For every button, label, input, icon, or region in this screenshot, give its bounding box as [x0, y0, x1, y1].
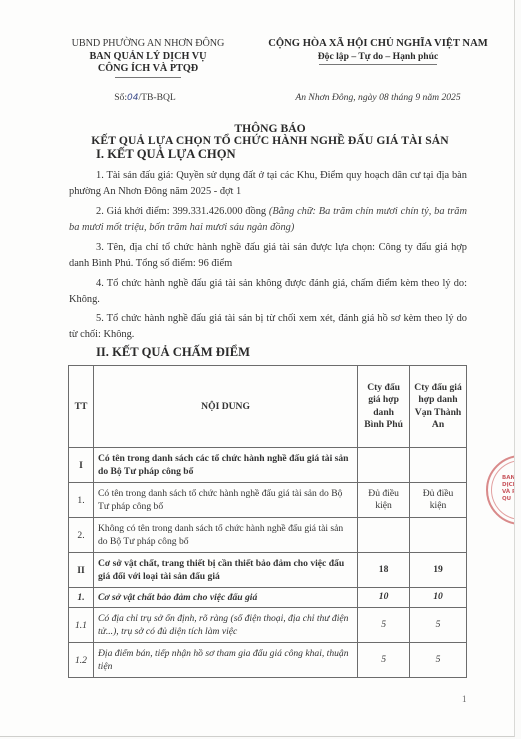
- stamp-clip: BAN QDỊCH VỤVÀ PHQU: [0, 0, 514, 739]
- stamp-line: DỊCH VỤ: [502, 482, 514, 489]
- stamp-line: QU: [502, 496, 514, 503]
- stamp-text: BAN QDỊCH VỤVÀ PHQU: [502, 475, 514, 503]
- stamp-line: VÀ PH: [502, 489, 514, 496]
- stamp-line: BAN Q: [502, 475, 514, 482]
- red-seal-stamp: BAN QDỊCH VỤVÀ PHQU: [486, 455, 514, 525]
